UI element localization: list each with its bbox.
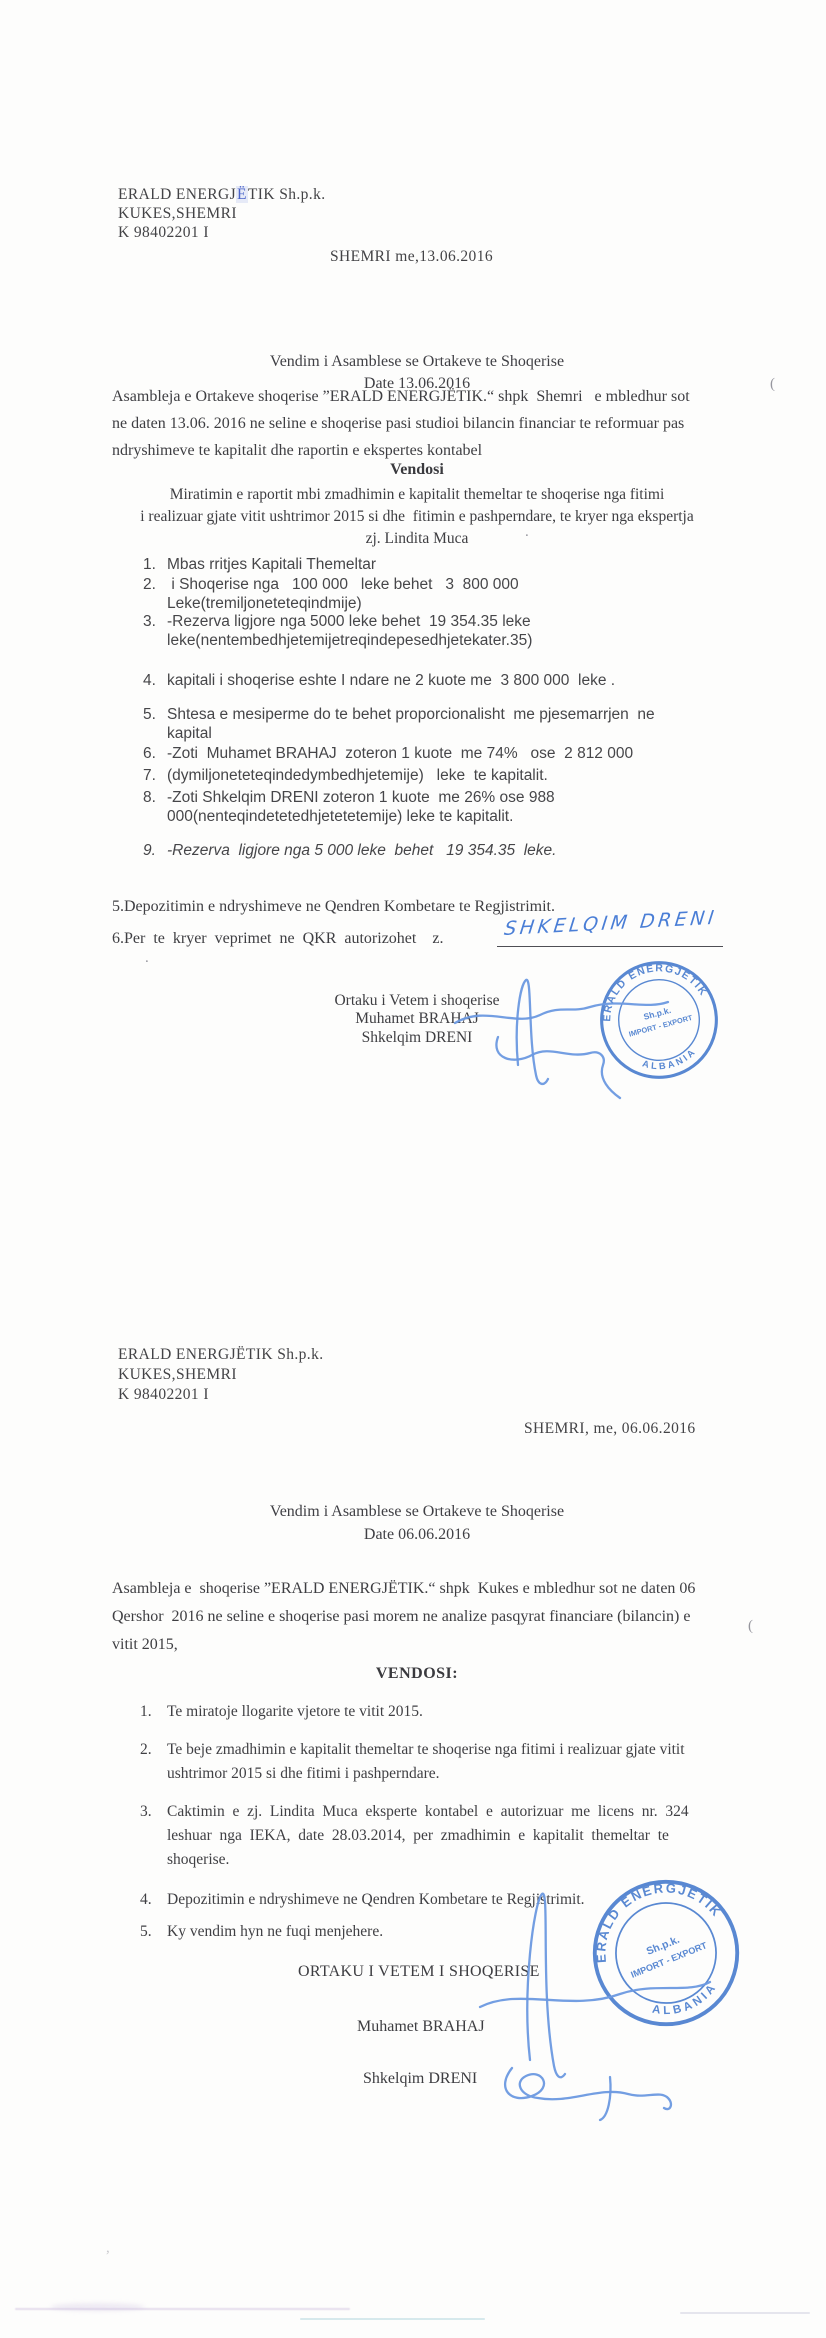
doc1-list-item-6: 6.-Zoti Muhamet BRAHAJ zoteron 1 kuote m…: [143, 745, 672, 764]
item-text: -Zoti Shkelqim DRENI zoteron 1 kuote me …: [167, 789, 672, 826]
scan-artifact-dot-left: .: [145, 950, 149, 967]
item-text: (dymiljoneteteqindedymbedhjetemije) leke…: [167, 767, 672, 786]
doc2-company-line: ERALD ENERGJËTIK Sh.p.k.: [118, 1346, 324, 1364]
item-number: 1.: [143, 556, 167, 575]
doc1-list-item-3: 3.-Rezerva ligjore nga 5000 leke behet 1…: [143, 613, 672, 650]
document-1: ERALD ENERGJËTIK Sh.p.k. KUKES,SHEMRI K …: [0, 0, 826, 1250]
item-number: 3.: [143, 613, 167, 650]
doc1-list-item-8: 8.-Zoti Shkelqim DRENI zoteron 1 kuote m…: [143, 789, 672, 826]
signature-ink-1: [440, 965, 690, 1115]
doc2-registration-number: K 98402201 I: [118, 1386, 209, 1404]
doc2-address-line1: KUKES,SHEMRI: [118, 1366, 237, 1384]
doc1-company-pre: ERALD ENERGJ: [118, 186, 236, 203]
doc2-list-item-1: 1.Te miratoje llogarite vjetore te vitit…: [140, 1700, 767, 1724]
doc1-company-ink-mark: Ë: [236, 186, 248, 203]
doc2-title-line1: Vendim i Asamblese se Ortakeve te Shoqer…: [57, 1503, 777, 1521]
item-number: 6.: [143, 745, 167, 764]
item-number: 3.: [140, 1800, 167, 1872]
doc1-address-line1: KUKES,SHEMRI: [118, 205, 237, 223]
doc2-intro-paragraph: Asambleja e shoqerise ”ERALD ENERGJËTIK.…: [112, 1575, 772, 1659]
doc1-list-item-2: 2. i Shoqerise nga 100 000 leke behet 3 …: [143, 576, 672, 613]
doc1-intro-paragraph: Asambleja e Ortakeve shoqerise ”ERALD EN…: [112, 383, 772, 464]
doc1-list-item-7: 7.(dymiljoneteteqindedymbedhjetemije) le…: [143, 767, 672, 786]
item-number: 7.: [143, 767, 167, 786]
item-text: Caktimin e zj. Lindita Muca eksperte kon…: [167, 1800, 767, 1872]
doc1-vendosi-paragraph: Miratimin e raportit mbi zmadhimin e kap…: [57, 484, 777, 550]
item-number: 4.: [140, 1888, 167, 1912]
item-number: 4.: [143, 672, 167, 691]
item-text: -Zoti Muhamet BRAHAJ zoteron 1 kuote me …: [167, 745, 672, 764]
item-text: Te miratoje llogarite vjetore te vitit 2…: [167, 1700, 767, 1724]
scan-edge-line-mid: [300, 2318, 485, 2320]
item-text: -Rezerva ligjore nga 5000 leke behet 19 …: [167, 613, 672, 650]
scan-edge-line-right: [680, 2312, 810, 2314]
doc1-company-line: ERALD ENERGJËTIK Sh.p.k.: [118, 186, 326, 204]
item-number: 1.: [140, 1700, 167, 1724]
scan-artifact-paren-1: (: [770, 376, 775, 393]
doc1-list-item-1: 1.Mbas rritjes Kapitali Themeltar: [143, 556, 672, 575]
doc2-list-item-3: 3.Caktimin e zj. Lindita Muca eksperte k…: [140, 1800, 767, 1872]
item-text: Mbas rritjes Kapitali Themeltar: [167, 556, 672, 575]
item-text: -Rezerva ligjore nga 5 000 leke behet 19…: [167, 842, 672, 861]
item-number: 2.: [140, 1738, 167, 1786]
doc1-registration-number: K 98402201 I: [118, 224, 209, 242]
scan-artifact-comma: ,: [106, 2240, 110, 2257]
item-number: 5.: [143, 706, 167, 743]
item-text: kapitali i shoqerise eshte I ndare ne 2 …: [167, 672, 672, 691]
doc1-title-line1: Vendim i Asamblese se Ortakeve te Shoqer…: [57, 353, 777, 371]
doc1-clause-5: 5.Depozitimin e ndryshimeve ne Qendren K…: [112, 893, 555, 920]
doc1-dateline: SHEMRI me,13.06.2016: [330, 248, 493, 266]
signature-ink-2: [460, 1870, 730, 2130]
doc1-company-post: TIK Sh.p.k.: [248, 186, 326, 203]
document-2: ERALD ENERGJËTIK Sh.p.k. KUKES,SHEMRI K …: [0, 1250, 826, 2338]
doc2-vendosi-heading: VENDOSI:: [57, 1665, 777, 1683]
item-text: i Shoqerise nga 100 000 leke behet 3 800…: [167, 576, 672, 613]
item-number: 5.: [140, 1920, 167, 1944]
doc1-clause-6: 6.Per te kryer veprimet ne QKR autorizoh…: [112, 925, 443, 952]
scan-artifact-paren-2: (: [748, 1618, 753, 1635]
item-text: Te beje zmadhimin e kapitalit themeltar …: [167, 1738, 767, 1786]
item-number: 9.: [143, 842, 167, 861]
item-text: Shtesa e mesiperme do te behet proporcio…: [167, 706, 672, 743]
doc1-vendosi-heading: Vendosi: [57, 461, 777, 479]
doc1-list-item-9: 9.-Rezerva ligjore nga 5 000 leke behet …: [143, 842, 672, 861]
doc2-list-item-2: 2.Te beje zmadhimin e kapitalit themelta…: [140, 1738, 767, 1786]
scan-artifact-dot-mid: .: [525, 524, 529, 541]
item-number: 2.: [143, 576, 167, 613]
item-number: 8.: [143, 789, 167, 826]
doc2-dateline: SHEMRI, me, 06.06.2016: [524, 1420, 696, 1438]
doc2-title-line2: Date 06.06.2016: [57, 1526, 777, 1544]
doc1-list-item-4: 4.kapitali i shoqerise eshte I ndare ne …: [143, 672, 672, 691]
doc1-list-item-5: 5.Shtesa e mesiperme do te behet proporc…: [143, 706, 672, 743]
scan-edge-smudge: [50, 2303, 145, 2311]
